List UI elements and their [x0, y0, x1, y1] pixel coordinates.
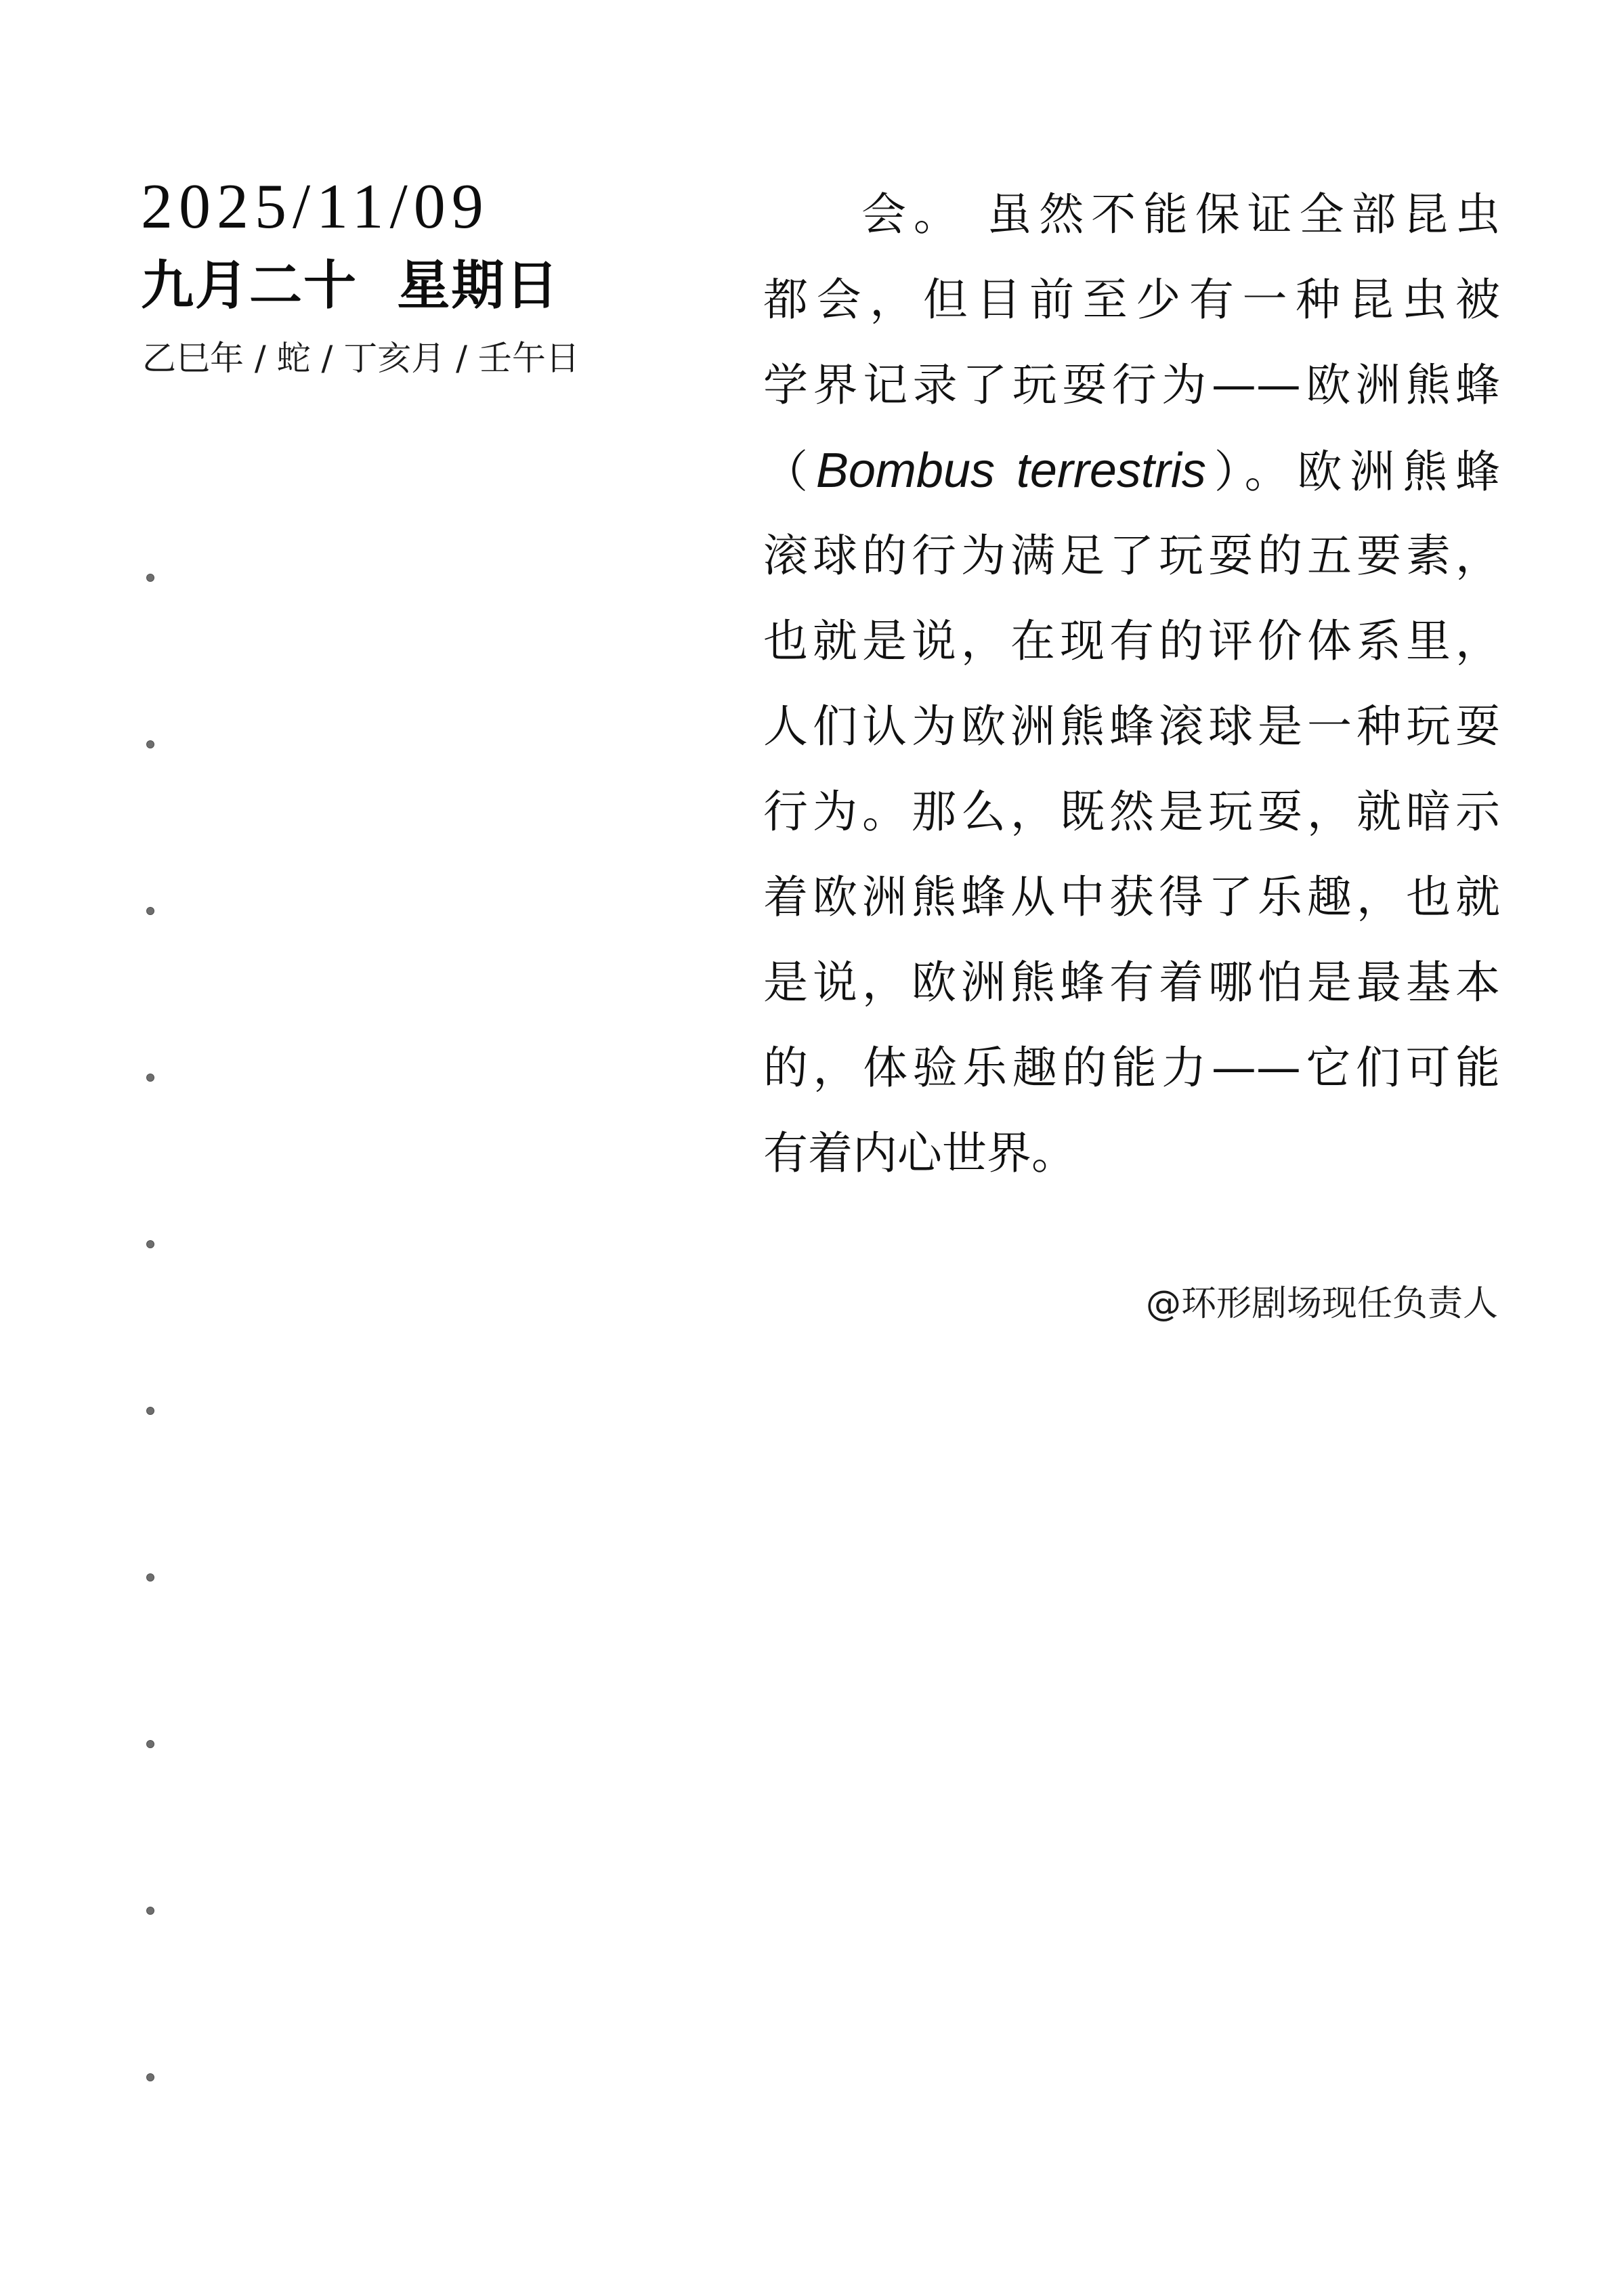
body-line: 学界记录了玩耍行为——欧洲熊蜂	[763, 343, 1500, 428]
body-line: 有着内心世界。	[763, 1111, 1500, 1196]
body-line: 的，体验乐趣的能力——它们可能	[763, 1025, 1500, 1111]
ganzhi-day: 壬午日	[478, 339, 580, 378]
body-line-species: （Bombus terrestris）。欧洲熊蜂	[763, 428, 1500, 513]
separator: /	[311, 339, 344, 378]
body-line: 是说，欧洲熊蜂有着哪怕是最基本	[763, 940, 1500, 1025]
margin-dot	[146, 574, 154, 582]
body-line: 会。 虽然不能保证全部昆虫	[763, 172, 1500, 257]
separator: /	[445, 339, 478, 378]
ganzhi-row: 乙巳年 / 蛇 / 丁亥月 / 壬午日	[142, 336, 580, 381]
body-paragraph: 会。 虽然不能保证全部昆虫 都会，但目前至少有一种昆虫被 学界记录了玩耍行为——…	[763, 172, 1500, 1196]
margin-dot	[146, 1074, 154, 1082]
margin-dot	[146, 1407, 154, 1415]
ganzhi-year: 乙巳年	[142, 339, 244, 378]
open-paren: （	[763, 446, 816, 498]
body-line: 行为。那么，既然是玩耍，就暗示	[763, 769, 1500, 855]
zodiac: 蛇	[277, 339, 311, 378]
margin-dot	[146, 1740, 154, 1748]
weekday: 星期日	[397, 255, 559, 316]
body-line: 也就是说，在现有的评价体系里，	[763, 599, 1500, 684]
ganzhi-month: 丁亥月	[343, 339, 445, 378]
lunar-date: 九月二十	[141, 255, 358, 316]
margin-dot	[146, 1907, 154, 1915]
margin-dot	[146, 1240, 154, 1248]
line-tail: ）。欧洲熊蜂	[1206, 446, 1500, 498]
species-name: Bombus terrestris	[816, 444, 1206, 498]
calendar-page: 2025/11/09 九月二十 星期日 乙巳年 / 蛇 / 丁亥月 / 壬午日 …	[0, 0, 1624, 2290]
author-signature: @环形剧场现任负责人	[1146, 1280, 1498, 1328]
body-line: 都会，但目前至少有一种昆虫被	[763, 257, 1500, 343]
margin-dot	[146, 740, 154, 748]
gregorian-date: 2025/11/09	[141, 169, 490, 244]
body-line: 人们认为欧洲熊蜂滚球是一种玩耍	[763, 684, 1500, 769]
body-line: 滚球的行为满足了玩耍的五要素，	[763, 513, 1500, 599]
lunar-date-row: 九月二十 星期日	[141, 253, 559, 318]
body-line: 着欧洲熊蜂从中获得了乐趣，也就	[763, 855, 1500, 940]
margin-dot	[146, 1573, 154, 1582]
margin-dot	[146, 2073, 154, 2081]
spacer	[358, 255, 397, 316]
separator: /	[244, 339, 277, 378]
margin-dot-column	[146, 574, 156, 2091]
margin-dot	[146, 907, 154, 915]
